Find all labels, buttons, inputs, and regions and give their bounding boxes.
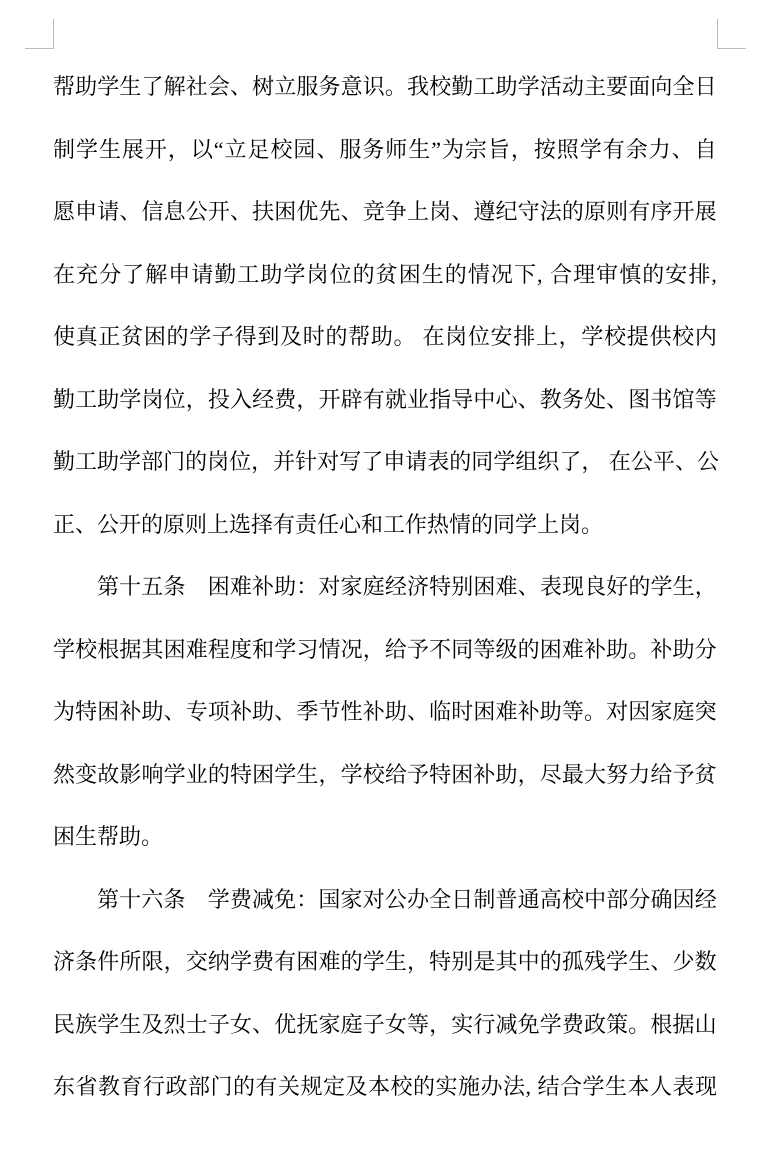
text-line: 制学生展开，以“立足校园、服务师生”为宗旨，按照学有余力、自 [53,119,717,182]
text-line: 学校根据其困难程度和学习情况，给予不同等级的困难补助。补助分 [53,619,717,682]
text-line: 勤工助学部门的岗位，并针对写了申请表的同学组织了， 在公平、公 [53,431,717,494]
document-body: 帮助学生了解社会、树立服务意识。我校勤工助学活动主要面向全日制学生展开，以“立足… [53,56,717,1119]
margin-corner-mark-top-left [25,19,54,49]
text-line: 济条件所限，交纳学费有困难的学生，特别是其中的孤残学生、少数 [53,931,717,994]
text-line: 东省教育行政部门的有关规定及本校的实施办法, 结合学生本人表现 [53,1056,717,1119]
text-line: 然变故影响学业的特困学生，学校给予特困补助，尽最大努力给予贫 [53,744,717,807]
text-line: 第十五条 困难补助：对家庭经济特别困难、表现良好的学生， [53,556,717,619]
text-line: 愿申请、信息公开、扶困优先、竞争上岗、遵纪守法的原则有序开展 [53,181,717,244]
text-line: 为特困补助、专项补助、季节性补助、临时困难补助等。对因家庭突 [53,681,717,744]
text-line: 帮助学生了解社会、树立服务意识。我校勤工助学活动主要面向全日 [53,56,717,119]
text-line: 勤工助学岗位，投入经费，开辟有就业指导中心、教务处、图书馆等 [53,369,717,432]
text-line: 第十六条 学费减免：国家对公办全日制普通高校中部分确因经 [53,869,717,932]
text-line: 困生帮助。 [53,806,717,869]
margin-corner-mark-top-right [717,19,746,49]
text-line: 使真正贫困的学子得到及时的帮助。 在岗位安排上，学校提供校内 [53,306,717,369]
text-line: 在充分了解申请勤工助学岗位的贫困生的情况下, 合理审慎的安排, [53,244,717,307]
text-line: 民族学生及烈士子女、优抚家庭子女等，实行减免学费政策。根据山 [53,994,717,1057]
document-page: 帮助学生了解社会、树立服务意识。我校勤工助学活动主要面向全日制学生展开，以“立足… [0,0,771,1164]
text-line: 正、公开的原则上选择有责任心和工作热情的同学上岗。 [53,494,717,557]
